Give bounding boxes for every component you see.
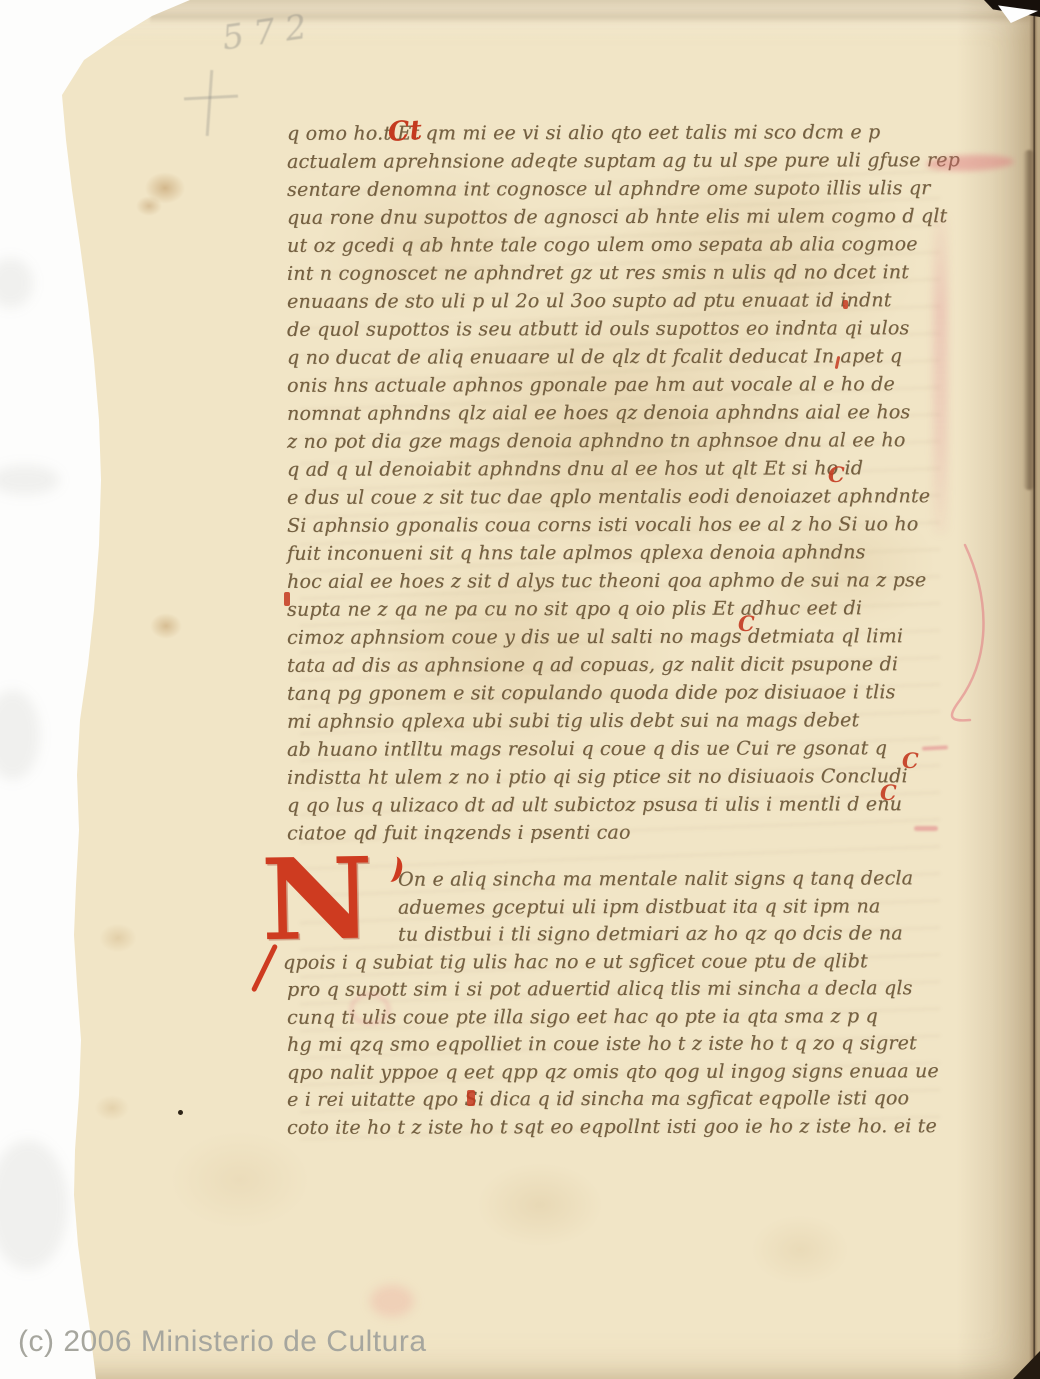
pink-offset-ring bbox=[350, 993, 390, 1025]
copyright-watermark: (c) 2006 Ministerio de Cultura bbox=[18, 1325, 427, 1359]
pink-offset-blob bbox=[370, 1285, 414, 1317]
manuscript-scan: 572 q omo ho.t Et qm mi ee vi si alio qt… bbox=[0, 0, 1040, 1379]
binding-crease-line bbox=[1029, 0, 1038, 1379]
scanner-artifact bbox=[0, 690, 40, 780]
scanner-artifact bbox=[0, 1140, 68, 1270]
pink-offset-dash bbox=[914, 826, 938, 831]
parchment-page: 572 q omo ho.t Et qm mi ee vi si alio qt… bbox=[0, 0, 1040, 1379]
scanner-artifact bbox=[0, 258, 33, 308]
ink-speck bbox=[178, 1110, 183, 1115]
scanner-artifact bbox=[0, 465, 60, 495]
pink-margin-flourish bbox=[0, 0, 1040, 1379]
